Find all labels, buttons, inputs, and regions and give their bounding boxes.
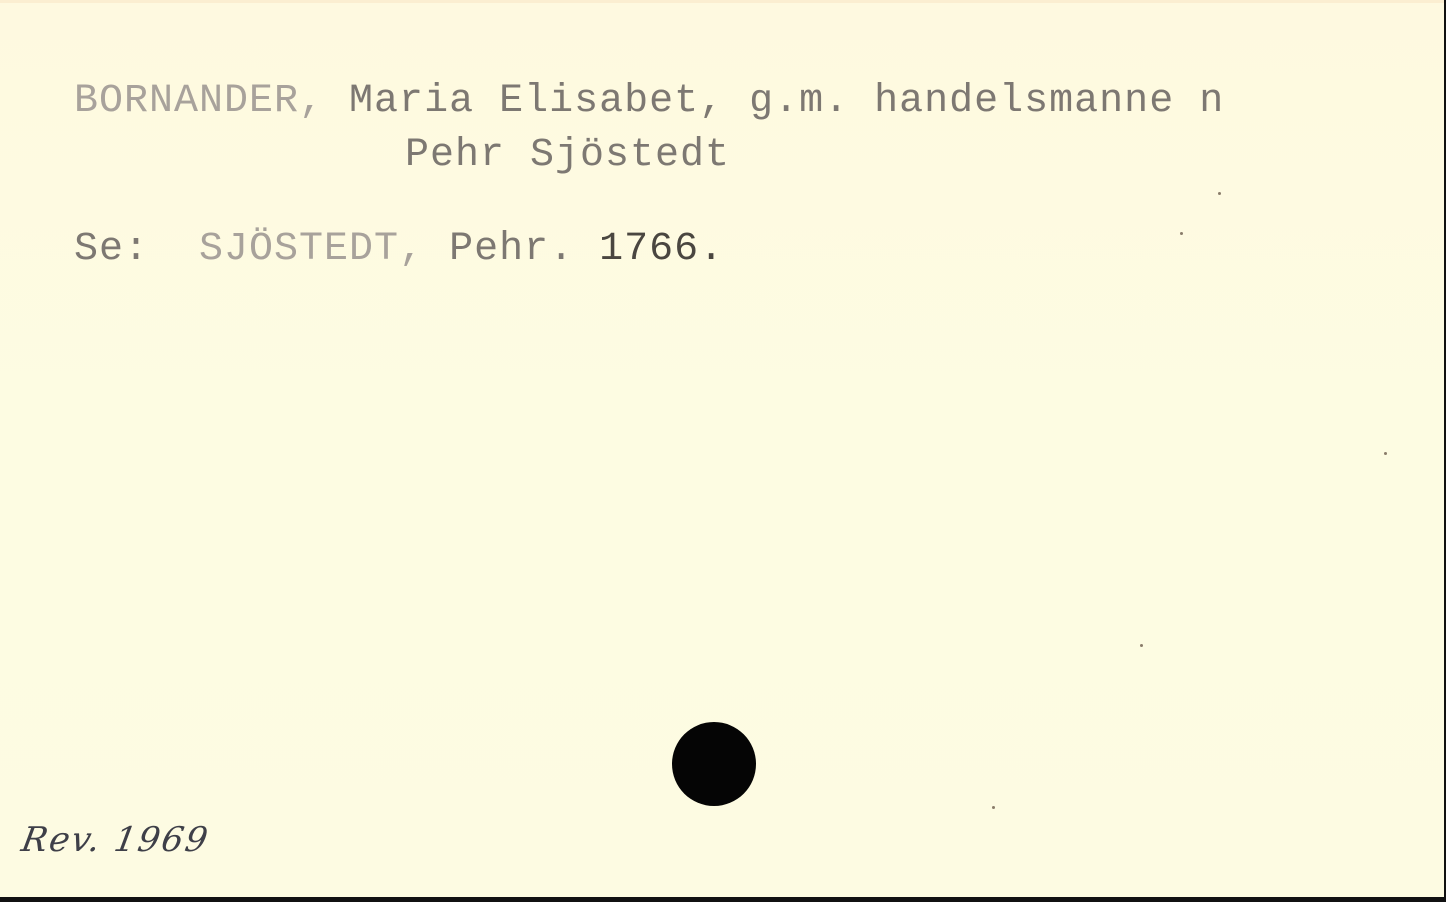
reference-given-name: Pehr.: [449, 227, 574, 272]
punch-hole: [672, 722, 756, 806]
relation: g.m.: [724, 79, 849, 124]
paper-speck: [992, 806, 995, 809]
cross-reference-line: Se: SJÖSTEDT, Pehr. 1766.: [74, 228, 724, 272]
paper-speck: [1140, 644, 1143, 647]
handwritten-note: Rev. 1969: [18, 820, 212, 860]
spouse-name: Pehr Sjöstedt: [405, 134, 730, 178]
heading-line: BORNANDER, Maria Elisabet, g.m. handelsm…: [74, 80, 1224, 124]
reference-surname: SJÖSTEDT,: [199, 227, 424, 272]
given-names: Maria Elisabet,: [324, 79, 724, 124]
surname: BORNANDER,: [74, 79, 324, 124]
paper-speck: [1384, 452, 1387, 455]
index-card: BORNANDER, Maria Elisabet, g.m. handelsm…: [0, 0, 1446, 902]
occupation: handelsmanne n: [849, 79, 1224, 124]
paper-speck: [1180, 232, 1183, 235]
see-label: Se:: [74, 227, 149, 272]
paper-speck: [1218, 192, 1221, 195]
reference-year: 1766.: [599, 227, 724, 272]
scan-edge-bottom: [0, 897, 1446, 902]
